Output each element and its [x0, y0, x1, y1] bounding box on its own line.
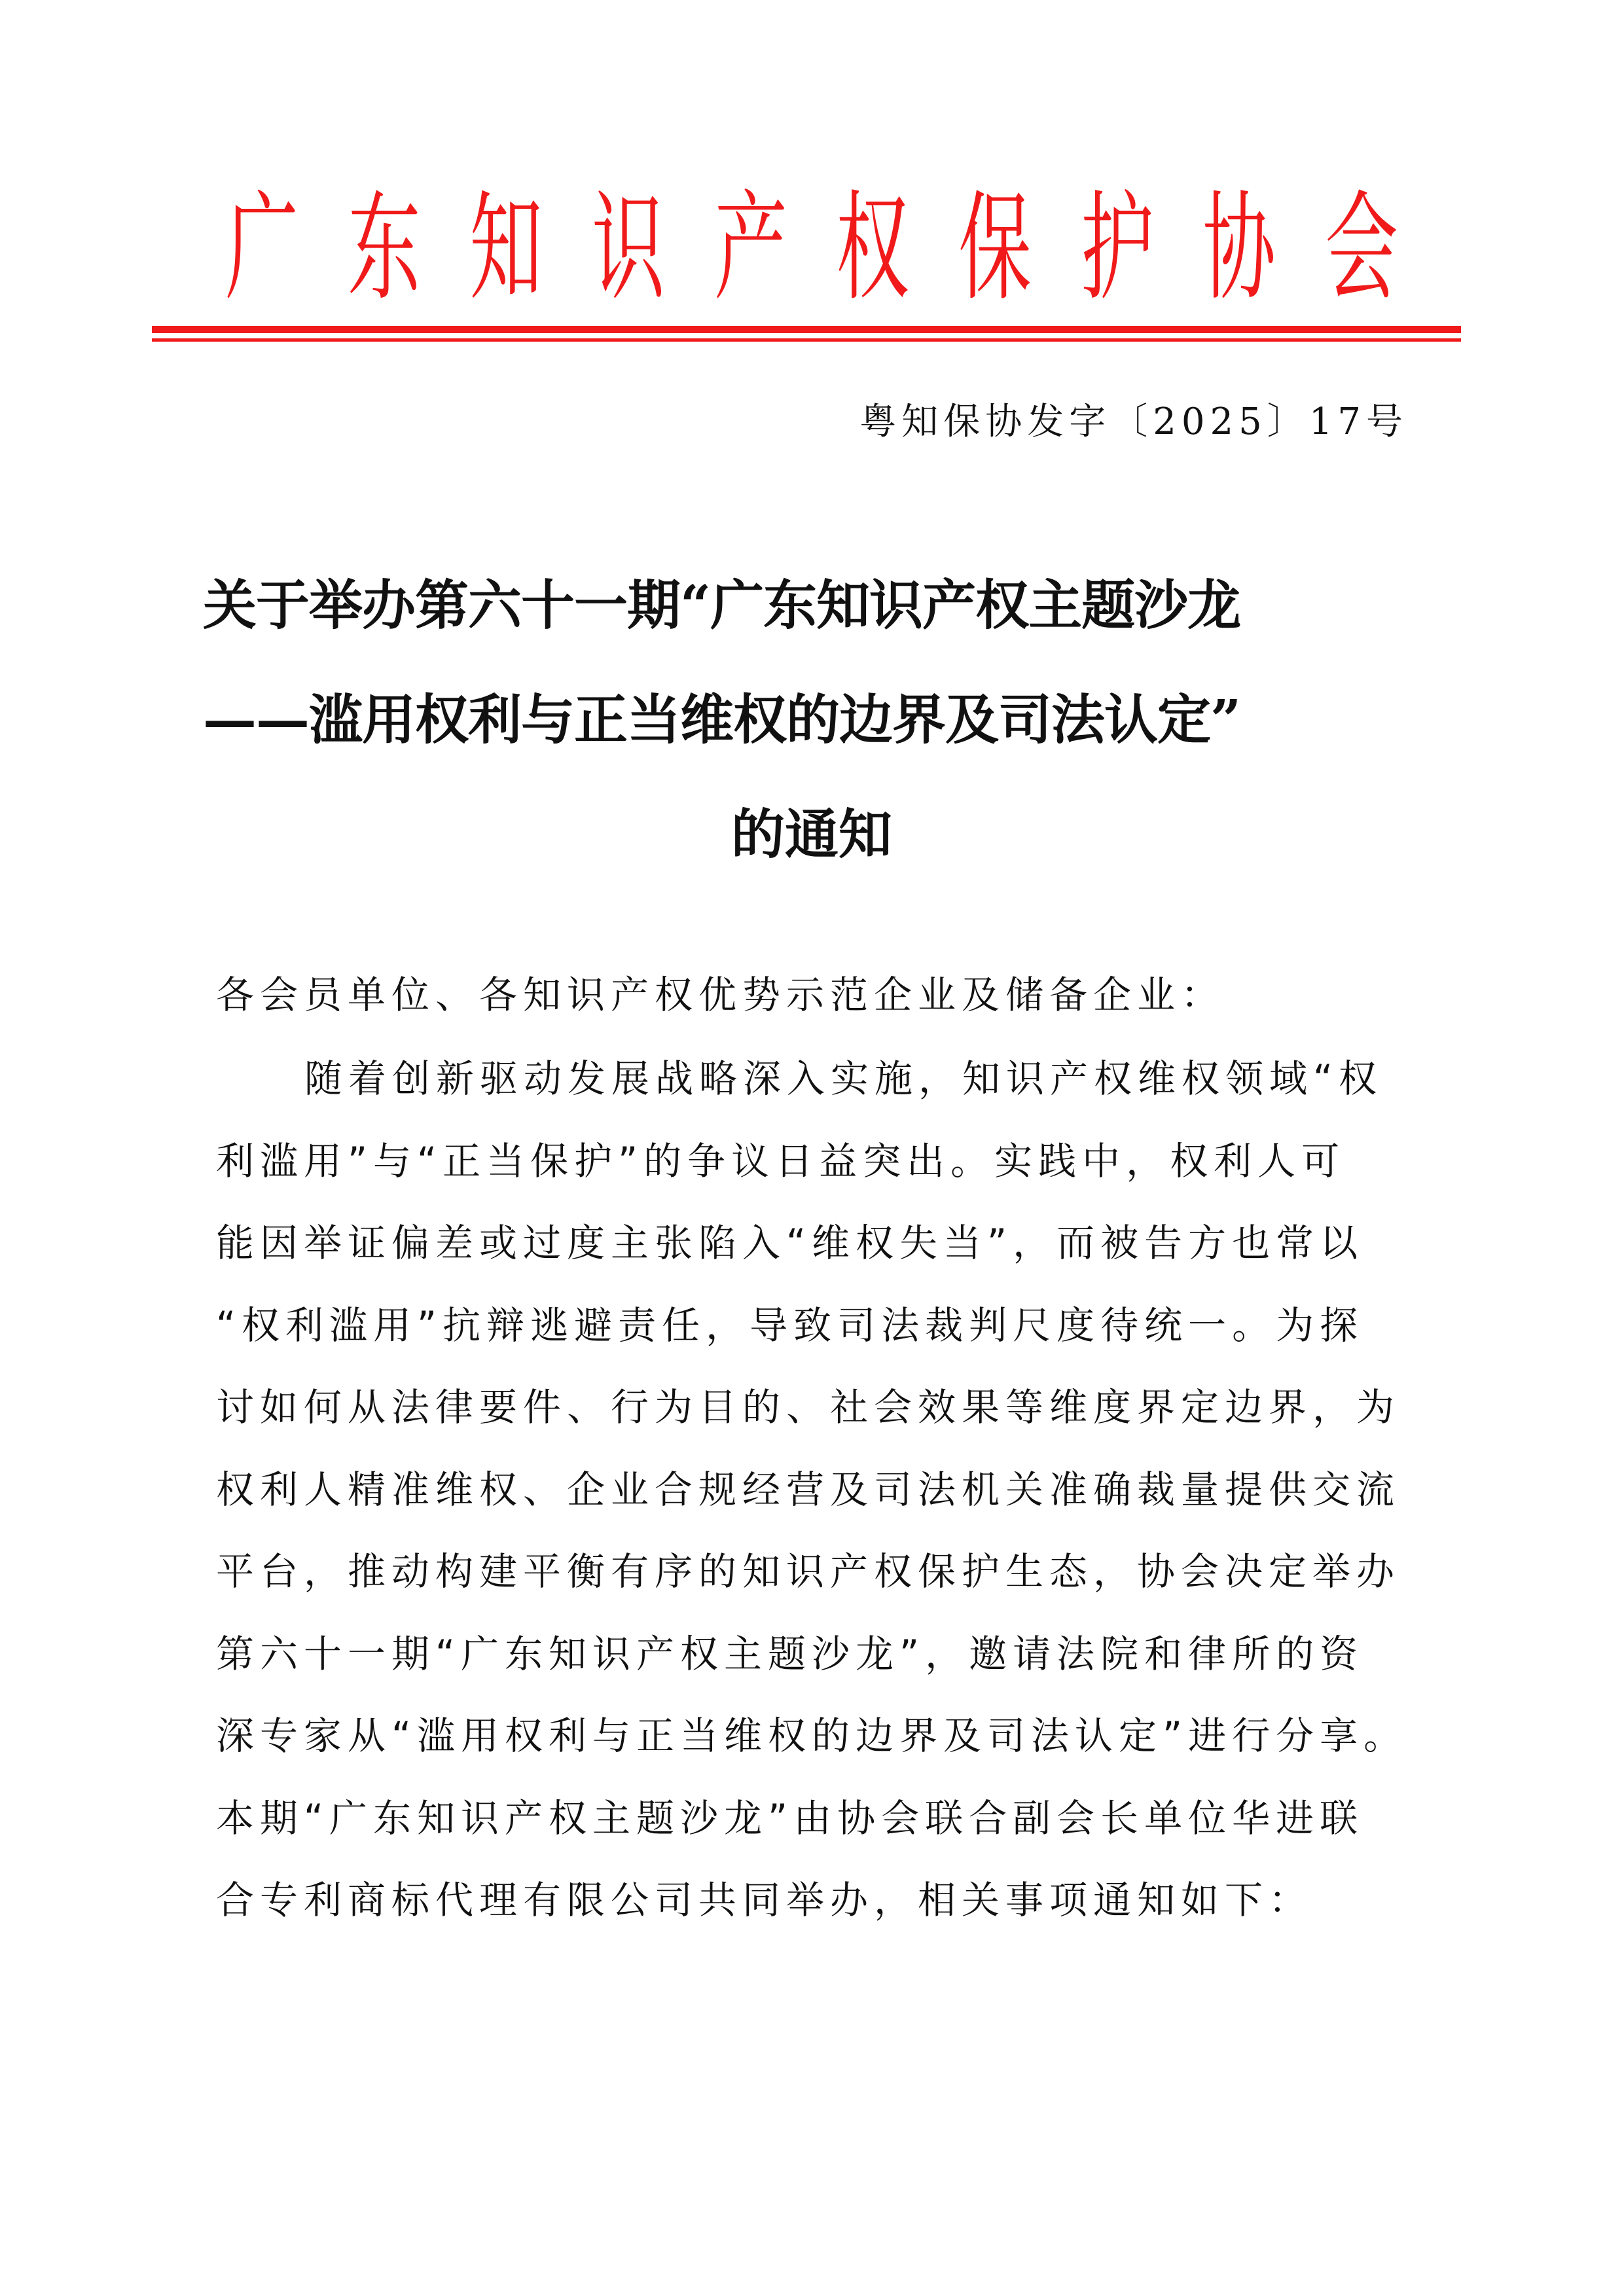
paragraph-line: 平台，推动构建平衡有序的知识产权保护生态，协会决定举办	[216, 1545, 1414, 1628]
document-number: 粤知保协发字〔2025〕17号	[859, 393, 1408, 445]
paragraph-line: 随着创新驱动发展战略深入实施，知识产权维权领域“权	[216, 1052, 1414, 1135]
letterhead-char: 权	[836, 183, 909, 314]
document-page: 广 东 知 识 产 权 保 护 协 会 粤知保协发字〔2025〕17号 关于举办…	[0, 0, 1624, 2296]
paragraph-line: 利滥用”与“正当保护”的争议日益突出。实践中，权利人可	[216, 1135, 1414, 1217]
letterhead-char: 广	[225, 183, 298, 314]
letterhead-char: 产	[714, 183, 787, 314]
title-line: 关于举办第六十一期“广东知识产权主题沙龙	[203, 563, 1420, 677]
letterhead-char: 协	[1202, 183, 1276, 314]
document-body: 各会员单位、各知识产权优势示范企业及储备企业： 随着创新驱动发展战略深入实施，知…	[216, 969, 1414, 1956]
organization-letterhead: 广 东 知 识 产 权 保 护 协 会	[151, 183, 1460, 314]
letterhead-char: 会	[1325, 183, 1398, 314]
letterhead-char: 识	[592, 183, 665, 314]
title-line: ——滥用权利与正当维权的边界及司法认定”	[203, 677, 1420, 792]
paragraph-line: 权利人精准维权、企业合规经营及司法机关准确裁量提供交流	[216, 1463, 1414, 1546]
letterhead-char: 知	[470, 183, 543, 314]
document-title: 关于举办第六十一期“广东知识产权主题沙龙 ——滥用权利与正当维权的边界及司法认定…	[203, 563, 1420, 906]
letterhead-rule-thin	[152, 338, 1461, 342]
letterhead-char: 保	[958, 183, 1032, 314]
paragraph-line: 讨如何从法律要件、行为目的、社会效果等维度界定边界，为	[216, 1381, 1414, 1463]
letterhead-char: 东	[348, 183, 421, 314]
paragraph-line: 本期“广东知识产权主题沙龙”由协会联合副会长单位华进联	[216, 1792, 1414, 1874]
title-line: 的通知	[203, 792, 1420, 906]
salutation: 各会员单位、各知识产权优势示范企业及储备企业：	[216, 969, 1414, 1052]
paragraph-line: 第六十一期“广东知识产权主题沙龙”，邀请法院和律所的资	[216, 1628, 1414, 1710]
paragraph-line: 能因举证偏差或过度主张陷入“维权失当”，而被告方也常以	[216, 1217, 1414, 1299]
letterhead-char: 护	[1081, 183, 1154, 314]
letterhead-rule-thick	[152, 326, 1461, 333]
paragraph-line: 合专利商标代理有限公司共同举办，相关事项通知如下：	[216, 1874, 1414, 1956]
paragraph-line: “权利滥用”抗辩逃避责任，导致司法裁判尺度待统一。为探	[216, 1299, 1414, 1382]
paragraph-line: 深专家从“滥用权利与正当维权的边界及司法认定”进行分享。	[216, 1710, 1414, 1792]
